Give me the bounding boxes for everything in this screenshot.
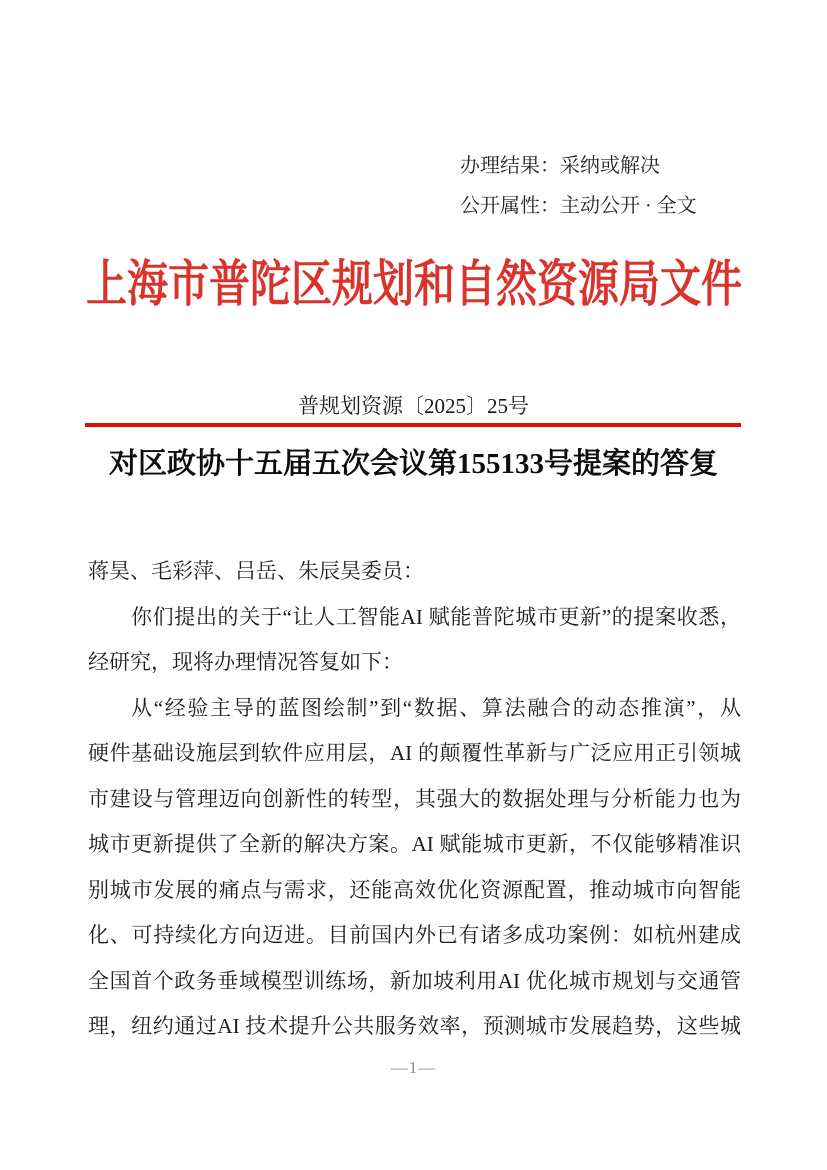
document-meta: 办理结果：采纳或解决 公开属性：主动公开 · 全文 xyxy=(460,146,697,226)
body-line: 你们提出的关于“让人工智能AI 赋能普陀城市更新”的提案收悉， xyxy=(88,595,741,641)
publicity-label: 公开属性：主动公开 · 全文 xyxy=(460,186,697,226)
masthead: 上海市普陀区规划和自然资源局文件 xyxy=(0,244,827,316)
handling-result-label: 办理结果：采纳或解决 xyxy=(460,146,697,186)
body-line: 从“经验主导的蓝图绘制”到“数据、算法融合的动态推演”，从 xyxy=(88,686,741,732)
doc-number: 普规划资源〔2025〕25号 xyxy=(0,390,827,420)
document-body: 蒋昊、毛彩萍、吕岳、朱辰昊委员： 你们提出的关于“让人工智能AI 赋能普陀城市更… xyxy=(88,549,741,1050)
body-line: 城市更新提供了全新的解决方案。AI 赋能城市更新，不仅能够精准识 xyxy=(88,822,741,868)
subject-title: 对区政协十五届五次会议第155133号提案的答复 xyxy=(0,441,827,482)
body-line: 全国首个政务垂域模型训练场，新加坡利用AI 优化城市规划与交通管 xyxy=(88,959,741,1005)
body-line: 理，纽约通过AI 技术提升公共服务效率，预测城市发展趋势，这些城 xyxy=(88,1004,741,1050)
body-line: 硬件基础设施层到软件应用层，AI 的颠覆性革新与广泛应用正引领城 xyxy=(88,731,741,777)
body-line: 市建设与管理迈向创新性的转型，其强大的数据处理与分析能力也为 xyxy=(88,777,741,823)
body-line: 化、可持续化方向迈进。目前国内外已有诸多成功案例：如杭州建成 xyxy=(88,913,741,959)
document-page: 办理结果：采纳或解决 公开属性：主动公开 · 全文 上海市普陀区规划和自然资源局… xyxy=(0,0,827,1170)
body-line: 别城市发展的痛点与需求，还能高效优化资源配置，推动城市向智能 xyxy=(88,868,741,914)
masthead-title: 上海市普陀区规划和自然资源局文件 xyxy=(86,244,742,316)
salutation-line: 蒋昊、毛彩萍、吕岳、朱辰昊委员： xyxy=(88,549,741,595)
red-separator-line xyxy=(85,423,741,427)
page-number: —1— xyxy=(0,1058,827,1078)
body-line: 经研究，现将办理情况答复如下： xyxy=(88,640,741,686)
